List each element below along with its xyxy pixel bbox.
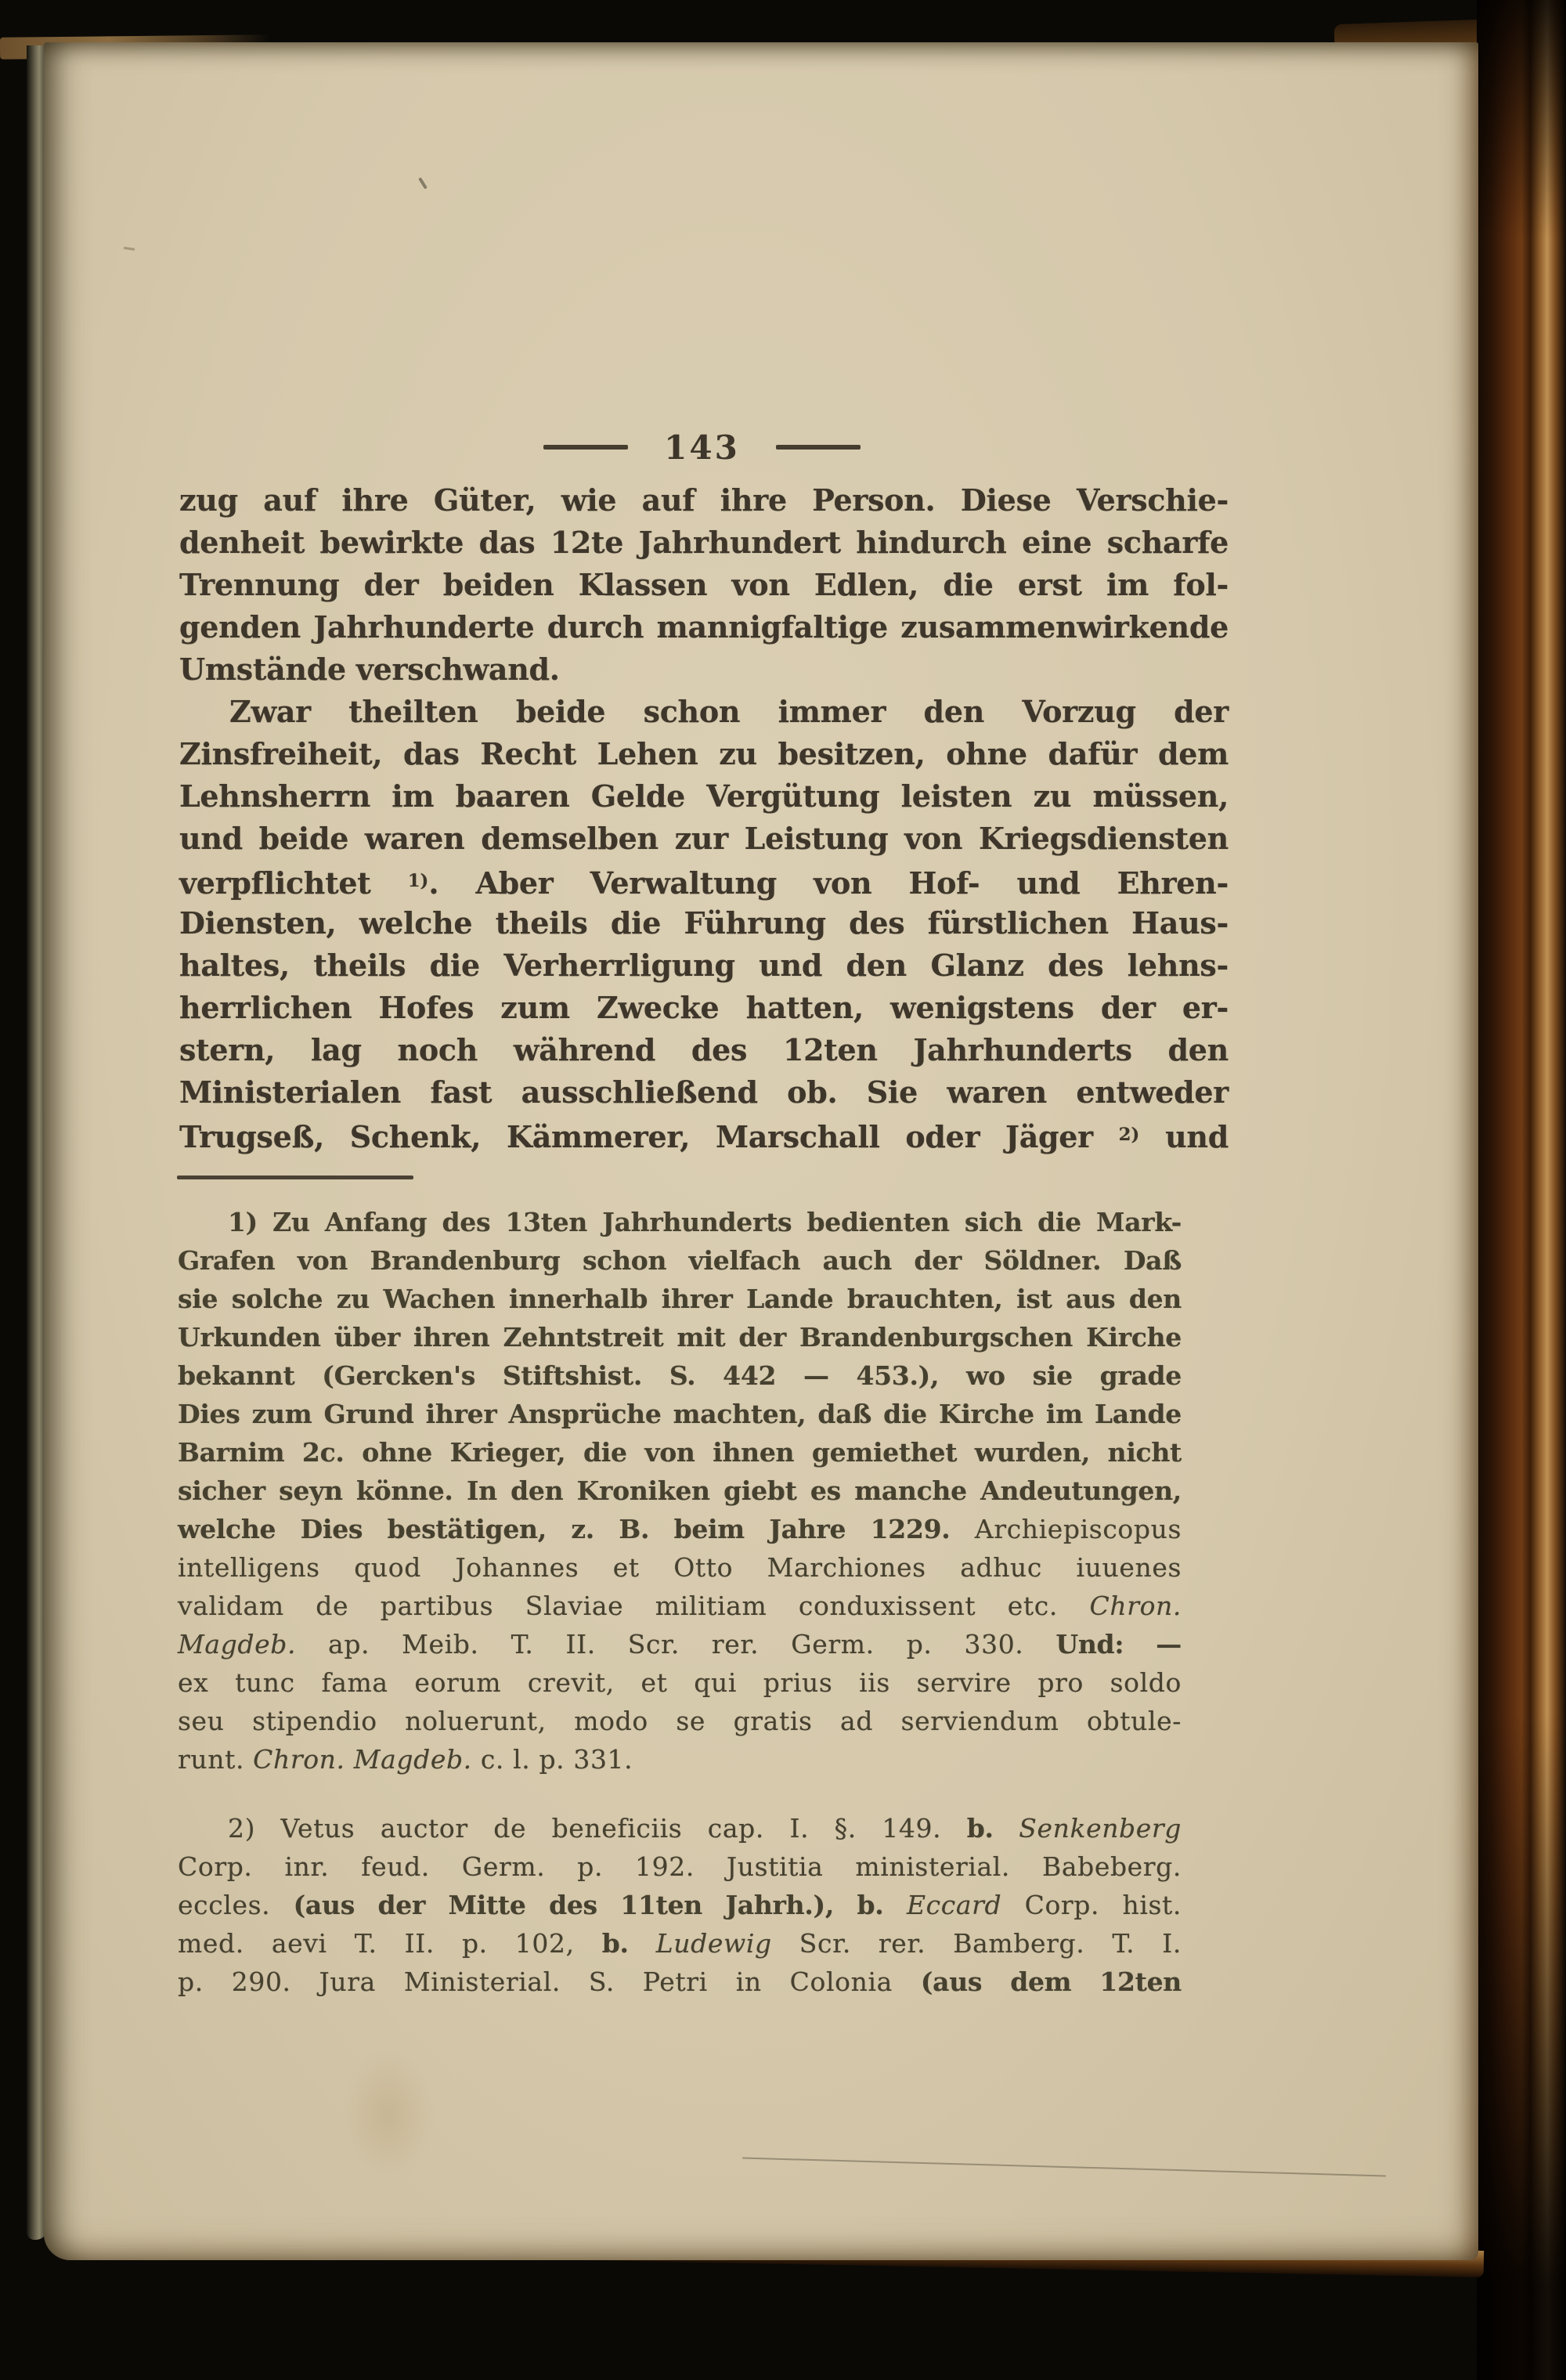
text-segment: Archiepiscopus — [975, 1514, 1182, 1544]
text-segment: Chron. Magdeb. — [253, 1744, 472, 1775]
text-segment: stern, lag noch während des 12ten Jahrhu… — [179, 1032, 1229, 1067]
text-line: eccles. (aus der Mitte des 11ten Jahrh.)… — [178, 1886, 1182, 1924]
text-segment: zug auf ihre Güter, wie auf ihre Person.… — [179, 482, 1229, 518]
text-segment: ap. Meib. T. II. Scr. rer. Germ. p. 330. — [296, 1629, 1055, 1659]
header-rule-left — [543, 445, 628, 450]
text-line: validam de partibus Slaviae militiam con… — [178, 1587, 1182, 1625]
text-line: verpflichtet 1). Aber Verwaltung von Hof… — [179, 860, 1229, 902]
text-segment: und — [1139, 1119, 1229, 1154]
text-segment: verpflichtet — [179, 865, 408, 901]
text-segment: Corp. inr. feud. Germ. p. 192. Justitia … — [178, 1851, 1182, 1882]
text-segment: Trennung der beiden Klassen von Edlen, d… — [179, 567, 1229, 602]
text-segment: haltes, theils die Verherrligung und den… — [179, 948, 1229, 983]
text-segment: Trugseß, Schenk, Kämmerer, Marschall ode… — [179, 1119, 1119, 1154]
text-segment: (aus dem 12ten — [921, 1966, 1182, 1997]
text-segment: 2) Vetus auctor de beneficiis cap. I. §.… — [228, 1813, 967, 1844]
text-segment: sicher seyn könne. In den Kroniken giebt… — [178, 1475, 1182, 1506]
text-segment: Urkunden über ihren Zehntstreit mit der … — [178, 1322, 1182, 1353]
text-segment: Magdeb. — [178, 1629, 296, 1659]
text-segment: Corp. hist. — [1001, 1890, 1182, 1920]
text-segment: Barnim 2c. ohne Krieger, die von ihnen g… — [178, 1437, 1182, 1468]
text-line: Zinsfreiheit, das Recht Lehen zu besitze… — [179, 733, 1229, 775]
scratch-mark — [742, 2158, 1386, 2177]
text-line: welche Dies bestätigen, z. B. beim Jahre… — [178, 1510, 1182, 1548]
ink-speck — [418, 177, 428, 190]
text-line: Grafen von Brandenburg schon vielfach au… — [178, 1241, 1182, 1280]
text-segment: Und: — — [1055, 1629, 1182, 1659]
text-segment: c. l. p. 331. — [472, 1744, 633, 1775]
text-line: Corp. inr. feud. Germ. p. 192. Justitia … — [178, 1847, 1182, 1886]
text-segment: sie solche zu Wachen innerhalb ihrer Lan… — [178, 1284, 1182, 1314]
text-segment: Dies zum Grund ihrer Ansprüche machten, … — [178, 1399, 1182, 1429]
footnote-block-2: 2) Vetus auctor de beneficiis cap. I. §.… — [178, 1809, 1182, 2001]
text-segment: Eccard — [907, 1890, 1001, 1920]
page-number: 143 — [664, 428, 740, 467]
text-line: sicher seyn könne. In den Kroniken giebt… — [178, 1472, 1182, 1510]
text-segment: 2) — [1119, 1125, 1140, 1145]
text-line: Diensten, welche theils die Führung des … — [179, 902, 1229, 944]
text-segment: eccles. — [178, 1890, 294, 1920]
text-line: Barnim 2c. ohne Krieger, die von ihnen g… — [178, 1433, 1182, 1472]
text-line: Zwar theilten beide schon immer den Vorz… — [179, 691, 1229, 733]
text-line: bekannt (Gercken's Stiftshist. S. 442 — … — [178, 1356, 1182, 1395]
text-line: Trennung der beiden Klassen von Edlen, d… — [179, 564, 1229, 606]
text-segment: 1) Zu Anfang des 13ten Jahrhunderts bedi… — [228, 1207, 1182, 1237]
text-segment: und beide waren demselben zur Leistung v… — [179, 821, 1229, 856]
footnote-separator-rule — [177, 1176, 413, 1179]
text-segment: denheit bewirkte das 12te Jahrhundert hi… — [179, 525, 1229, 560]
text-line: zug auf ihre Güter, wie auf ihre Person.… — [179, 479, 1229, 522]
text-line: 2) Vetus auctor de beneficiis cap. I. §.… — [178, 1809, 1182, 1847]
text-segment: seu stipendio noluerunt, modo se gratis … — [178, 1706, 1182, 1736]
text-segment: 1) — [408, 871, 429, 891]
page-header: 143 — [179, 425, 1225, 469]
text-segment: ex tunc fama eorum crevit, et qui prius … — [178, 1667, 1182, 1698]
text-segment: b. — [967, 1813, 1019, 1844]
text-segment: Umstände verschwand. — [179, 652, 560, 687]
text-segment: intelligens quod Johannes et Otto Marchi… — [178, 1552, 1182, 1583]
text-line: ex tunc fama eorum crevit, et qui prius … — [178, 1663, 1182, 1702]
text-line: und beide waren demselben zur Leistung v… — [179, 818, 1229, 860]
book-photo-background: 143 zug auf ihre Güter, wie auf ihre Per… — [0, 0, 1566, 2380]
main-text-block: zug auf ihre Güter, wie auf ihre Person.… — [179, 479, 1229, 1156]
text-line: runt. Chron. Magdeb. c. l. p. 331. — [178, 1740, 1182, 1779]
text-segment: p. 290. Jura Ministerial. S. Petri in Co… — [178, 1966, 921, 1997]
text-line: intelligens quod Johannes et Otto Marchi… — [178, 1548, 1182, 1587]
book-spine-edge — [1477, 0, 1566, 2380]
text-segment: Zwar theilten beide schon immer den Vorz… — [229, 694, 1229, 729]
text-segment: validam de partibus Slaviae militiam con… — [178, 1591, 1090, 1621]
text-segment: Lehnsherrn im baaren Gelde Vergütung lei… — [179, 778, 1229, 814]
ink-speck — [124, 247, 135, 251]
paper-stain — [341, 2047, 435, 2180]
text-line: Ministerialen fast ausschließend ob. Sie… — [179, 1071, 1229, 1114]
text-segment: Ludewig — [656, 1928, 772, 1959]
text-segment: herrlichen Hofes zum Zwecke hatten, weni… — [179, 990, 1229, 1025]
text-segment: b. — [602, 1928, 656, 1959]
text-line: Umstände verschwand. — [179, 648, 1229, 691]
text-line: Trugseß, Schenk, Kämmerer, Marschall ode… — [179, 1114, 1229, 1156]
text-line: med. aevi T. II. p. 102, b. Ludewig Scr.… — [178, 1924, 1182, 1963]
text-segment: Scr. rer. Bamberg. T. I. — [772, 1928, 1182, 1959]
text-segment: runt. — [178, 1744, 253, 1775]
text-line: Dies zum Grund ihrer Ansprüche machten, … — [178, 1395, 1182, 1433]
text-line: herrlichen Hofes zum Zwecke hatten, weni… — [179, 987, 1229, 1029]
text-line: Lehnsherrn im baaren Gelde Vergütung lei… — [179, 775, 1229, 818]
text-line: 1) Zu Anfang des 13ten Jahrhunderts bedi… — [178, 1203, 1182, 1241]
text-segment: Grafen von Brandenburg schon vielfach au… — [178, 1245, 1182, 1276]
text-segment: Diensten, welche theils die Führung des … — [179, 905, 1229, 941]
text-segment: med. aevi T. II. p. 102, — [178, 1928, 602, 1959]
text-line: haltes, theils die Verherrligung und den… — [179, 944, 1229, 987]
header-rule-right — [776, 445, 861, 450]
text-segment: Ministerialen fast ausschließend ob. Sie… — [179, 1074, 1229, 1110]
text-line: Urkunden über ihren Zehntstreit mit der … — [178, 1318, 1182, 1356]
text-segment: Senkenberg — [1019, 1813, 1182, 1844]
page-scan: 143 zug auf ihre Güter, wie auf ihre Per… — [44, 42, 1478, 2260]
text-segment: (aus der Mitte des 11ten Jahrh.), b. — [294, 1890, 907, 1920]
text-segment: genden Jahrhunderte durch mannigfaltige … — [179, 609, 1229, 645]
footnote-block-1: 1) Zu Anfang des 13ten Jahrhunderts bedi… — [178, 1203, 1182, 1779]
text-line: Magdeb. ap. Meib. T. II. Scr. rer. Germ.… — [178, 1625, 1182, 1663]
text-segment: . Aber Verwaltung von Hof- und Ehren- — [428, 865, 1229, 901]
text-segment: welche Dies bestätigen, z. B. beim Jahre… — [178, 1514, 975, 1544]
text-line: p. 290. Jura Ministerial. S. Petri in Co… — [178, 1963, 1182, 2001]
text-segment: Zinsfreiheit, das Recht Lehen zu besitze… — [179, 736, 1229, 771]
text-segment: bekannt (Gercken's Stiftshist. S. 442 — … — [178, 1360, 1182, 1391]
text-line: seu stipendio noluerunt, modo se gratis … — [178, 1702, 1182, 1740]
text-line: sie solche zu Wachen innerhalb ihrer Lan… — [178, 1280, 1182, 1318]
text-segment: Chron. — [1090, 1591, 1182, 1621]
text-line: stern, lag noch während des 12ten Jahrhu… — [179, 1029, 1229, 1071]
text-line: denheit bewirkte das 12te Jahrhundert hi… — [179, 522, 1229, 564]
text-line: genden Jahrhunderte durch mannigfaltige … — [179, 606, 1229, 648]
